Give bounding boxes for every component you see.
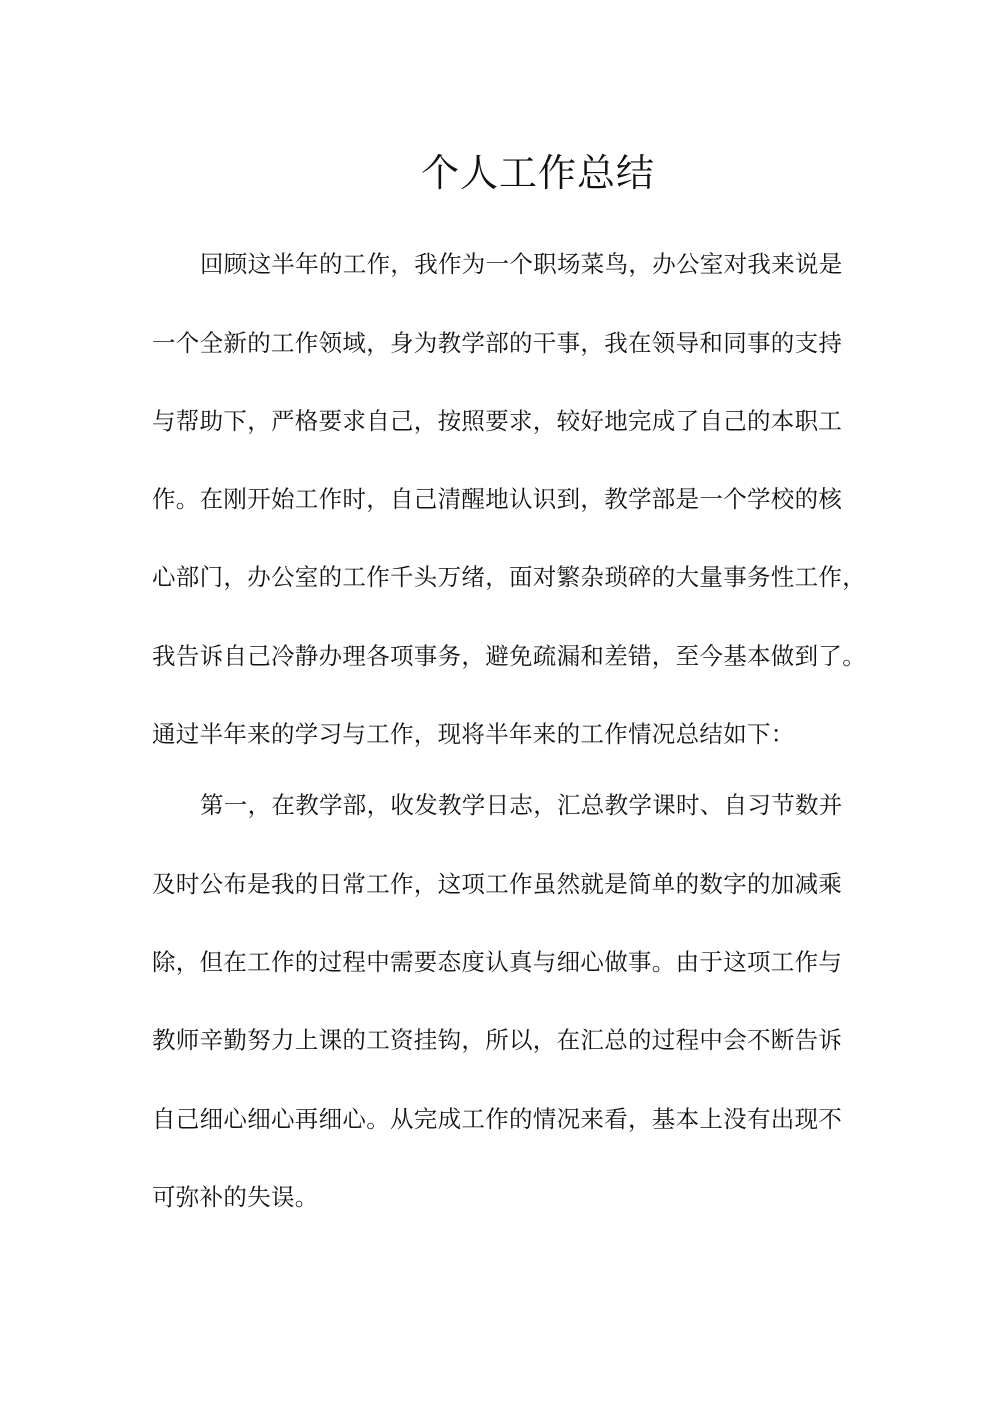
paragraph-line: 自己细心细心再细心。从完成工作的情况来看，基本上没有出现不 xyxy=(152,1103,842,1135)
document-title: 个人工作总结 xyxy=(0,148,1000,198)
paragraph-line: 作。在刚开始工作时，自己清醒地认识到，教学部是一个学校的核 xyxy=(152,483,842,515)
paragraph-line: 通过半年来的学习与工作，现将半年来的工作情况总结如下： xyxy=(152,718,795,750)
paragraph-line: 及时公布是我的日常工作，这项工作虽然就是简单的数字的加减乘 xyxy=(152,868,842,900)
paragraph-line: 心部门，办公室的工作千头万绪，面对繁杂琐碎的大量事务性工作， xyxy=(152,561,866,593)
document-page: 个人工作总结 回顾这半年的工作，我作为一个职场菜鸟，办公室对我来说是 一个全新的… xyxy=(0,0,1000,1415)
paragraph-line: 可弥补的失误。 xyxy=(152,1181,319,1213)
paragraph-line: 第一，在教学部，收发教学日志，汇总教学课时、自习节数并 xyxy=(200,789,843,821)
paragraph-line: 除，但在工作的过程中需要态度认真与细心做事。由于这项工作与 xyxy=(152,946,842,978)
paragraph-line: 与帮助下，严格要求自己，按照要求，较好地完成了自己的本职工 xyxy=(152,405,842,437)
paragraph-line: 回顾这半年的工作，我作为一个职场菜鸟，办公室对我来说是 xyxy=(200,248,843,280)
paragraph-line: 教师辛勤努力上课的工资挂钩，所以，在汇总的过程中会不断告诉 xyxy=(152,1024,842,1056)
paragraph-line: 一个全新的工作领域，身为教学部的干事，我在领导和同事的支持 xyxy=(152,327,842,359)
paragraph-line: 我告诉自己冷静办理各项事务，避免疏漏和差错，至今基本做到了。 xyxy=(152,640,866,672)
